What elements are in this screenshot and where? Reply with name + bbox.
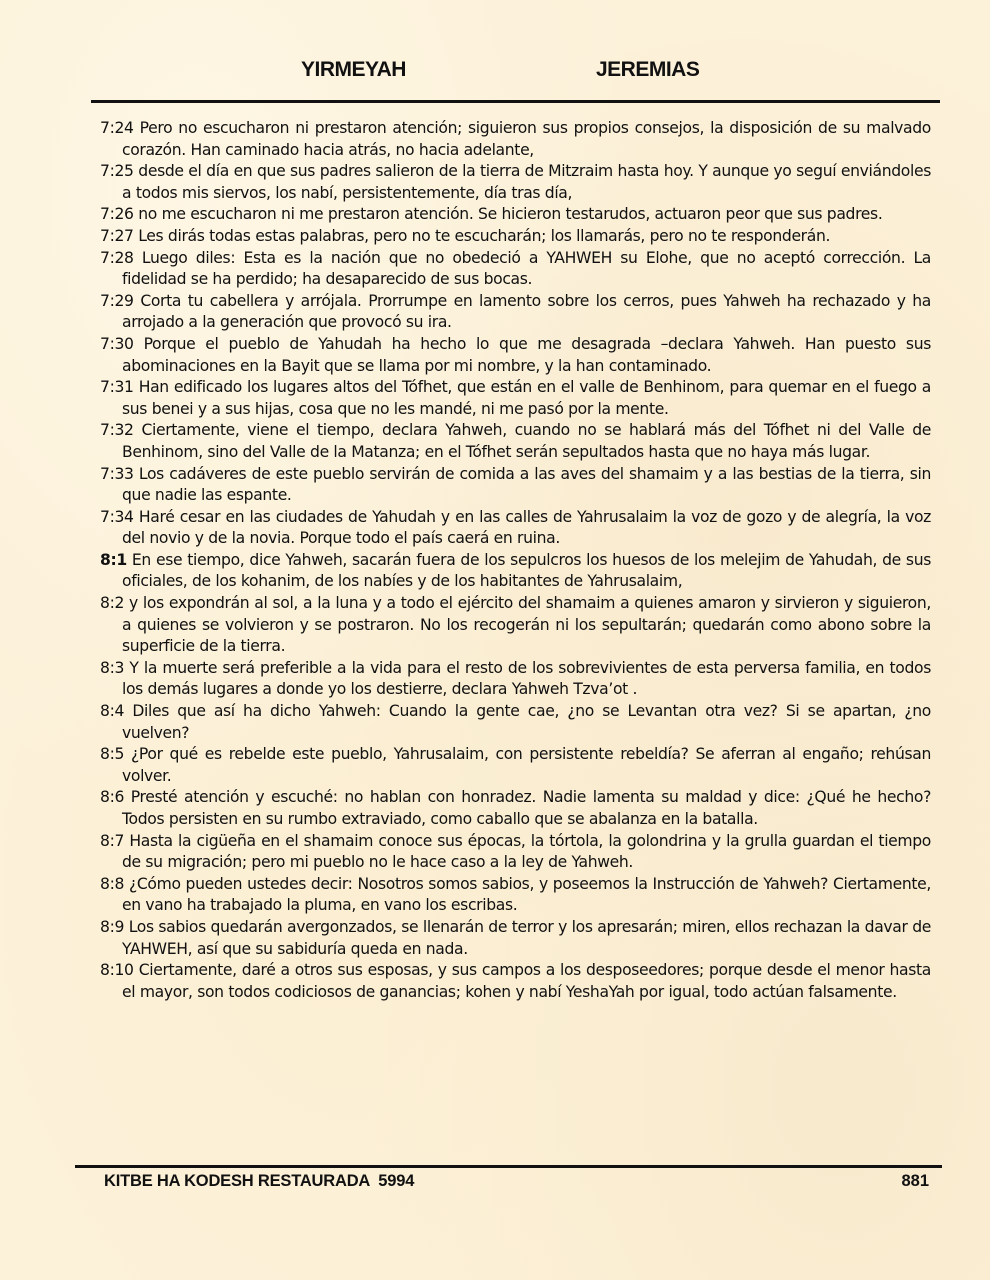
page-number: 881 bbox=[901, 1172, 929, 1191]
verse-text: En ese tiempo, dice Yahweh, sacarán fuer… bbox=[122, 551, 931, 591]
verse-text: Han edificado los lugares altos del Tófh… bbox=[122, 378, 931, 418]
verse: 7:29 Corta tu cabellera y arrójala. Pror… bbox=[100, 291, 931, 334]
verse-text: Diles que así ha dicho Yahweh: Cuando la… bbox=[122, 702, 931, 742]
verse-reference: 7:31 bbox=[100, 378, 134, 396]
running-footer: KITBE HA KODESH RESTAURADA 5994 881 bbox=[0, 1172, 990, 1196]
verse-text: Pero no escucharon ni prestaron atención… bbox=[122, 119, 931, 159]
verse-reference: 7:33 bbox=[100, 465, 134, 483]
verse-reference: 8:8 bbox=[100, 875, 124, 893]
verse: 7:34 Haré cesar en las ciudades de Yahud… bbox=[100, 507, 931, 550]
verse-reference: 7:28 bbox=[100, 249, 134, 267]
verse-reference: 8:4 bbox=[100, 702, 124, 720]
verse: 8:1 En ese tiempo, dice Yahweh, sacarán … bbox=[100, 550, 931, 593]
verse-text: ¿Cómo pueden ustedes decir: Nosotros som… bbox=[122, 875, 931, 915]
header-title-spanish: JEREMIAS bbox=[596, 58, 699, 82]
verse-text: no me escucharon ni me prestaron atenció… bbox=[138, 205, 882, 223]
verse-reference: 7:25 bbox=[100, 162, 134, 180]
verse-text: Luego diles: Esta es la nación que no ob… bbox=[122, 249, 931, 289]
verse-reference: 8:3 bbox=[100, 659, 124, 677]
header-title-hebrew: YIRMEYAH bbox=[301, 58, 406, 82]
verse: 8:9 Los sabios quedarán avergonzados, se… bbox=[100, 917, 931, 960]
verse-reference: 7:24 bbox=[100, 119, 134, 137]
verse-reference: 7:27 bbox=[100, 227, 134, 245]
verse-reference: 7:34 bbox=[100, 508, 134, 526]
verse: 8:8 ¿Cómo pueden ustedes decir: Nosotros… bbox=[100, 874, 931, 917]
footer-divider bbox=[75, 1165, 942, 1168]
verse-reference: 8:1 bbox=[100, 551, 127, 569]
scripture-body: 7:24 Pero no escucharon ni prestaron ate… bbox=[100, 118, 931, 1003]
verse-reference: 8:2 bbox=[100, 594, 124, 612]
verse: 8:4 Diles que así ha dicho Yahweh: Cuand… bbox=[100, 701, 931, 744]
verse-text: ¿Por qué es rebelde este pueblo, Yahrusa… bbox=[122, 745, 931, 785]
verse-text: Ciertamente, viene el tiempo, declara Ya… bbox=[122, 421, 931, 461]
verse: 7:31 Han edificado los lugares altos del… bbox=[100, 377, 931, 420]
verse: 8:2 y los expondrán al sol, a la luna y … bbox=[100, 593, 931, 658]
verse-reference: 7:32 bbox=[100, 421, 134, 439]
verse-text: Hasta la cigüeña en el shamaim conoce su… bbox=[122, 832, 931, 872]
verse-text: y los expondrán al sol, a la luna y a to… bbox=[122, 594, 931, 655]
verse: 8:3 Y la muerte será preferible a la vid… bbox=[100, 658, 931, 701]
verse-text: Corta tu cabellera y arrójala. Prorrumpe… bbox=[122, 292, 931, 332]
verse-reference: 7:30 bbox=[100, 335, 134, 353]
verse-text: Y la muerte será preferible a la vida pa… bbox=[122, 659, 931, 699]
verse-reference: 8:10 bbox=[100, 961, 134, 979]
verse-reference: 7:29 bbox=[100, 292, 134, 310]
verse: 7:33 Los cadáveres de este pueblo servir… bbox=[100, 464, 931, 507]
verse: 7:30 Porque el pueblo de Yahudah ha hech… bbox=[100, 334, 931, 377]
verse-text: Les dirás todas estas palabras, pero no … bbox=[138, 227, 830, 245]
verse: 8:7 Hasta la cigüeña en el shamaim conoc… bbox=[100, 831, 931, 874]
verse-reference: 8:7 bbox=[100, 832, 124, 850]
verse-reference: 8:5 bbox=[100, 745, 124, 763]
footer-book-title: KITBE HA KODESH RESTAURADA 5994 bbox=[104, 1172, 414, 1191]
verse-reference: 7:26 bbox=[100, 205, 134, 223]
verse-text: Los cadáveres de este pueblo servirán de… bbox=[122, 465, 931, 505]
verse-reference: 8:6 bbox=[100, 788, 124, 806]
verse: 7:24 Pero no escucharon ni prestaron ate… bbox=[100, 118, 931, 161]
verse: 8:5 ¿Por qué es rebelde este pueblo, Yah… bbox=[100, 744, 931, 787]
verse-text: desde el día en que sus padres salieron … bbox=[122, 162, 931, 202]
running-header: YIRMEYAH JEREMIAS bbox=[0, 58, 990, 90]
verse: 7:27 Les dirás todas estas palabras, per… bbox=[100, 226, 931, 248]
verse: 7:32 Ciertamente, viene el tiempo, decla… bbox=[100, 420, 931, 463]
verse-text: Porque el pueblo de Yahudah ha hecho lo … bbox=[122, 335, 931, 375]
verse: 8:6 Presté atención y escuché: no hablan… bbox=[100, 787, 931, 830]
verse-text: Haré cesar en las ciudades de Yahudah y … bbox=[122, 508, 931, 548]
header-divider bbox=[91, 100, 940, 103]
verse: 7:25 desde el día en que sus padres sali… bbox=[100, 161, 931, 204]
verse-text: Los sabios quedarán avergonzados, se lle… bbox=[122, 918, 931, 958]
verse: 8:10 Ciertamente, daré a otros sus espos… bbox=[100, 960, 931, 1003]
verse: 7:26 no me escucharon ni me prestaron at… bbox=[100, 204, 931, 226]
verse-text: Presté atención y escuché: no hablan con… bbox=[122, 788, 931, 828]
verse-reference: 8:9 bbox=[100, 918, 124, 936]
verse: 7:28 Luego diles: Esta es la nación que … bbox=[100, 248, 931, 291]
verse-text: Ciertamente, daré a otros sus esposas, y… bbox=[122, 961, 931, 1001]
